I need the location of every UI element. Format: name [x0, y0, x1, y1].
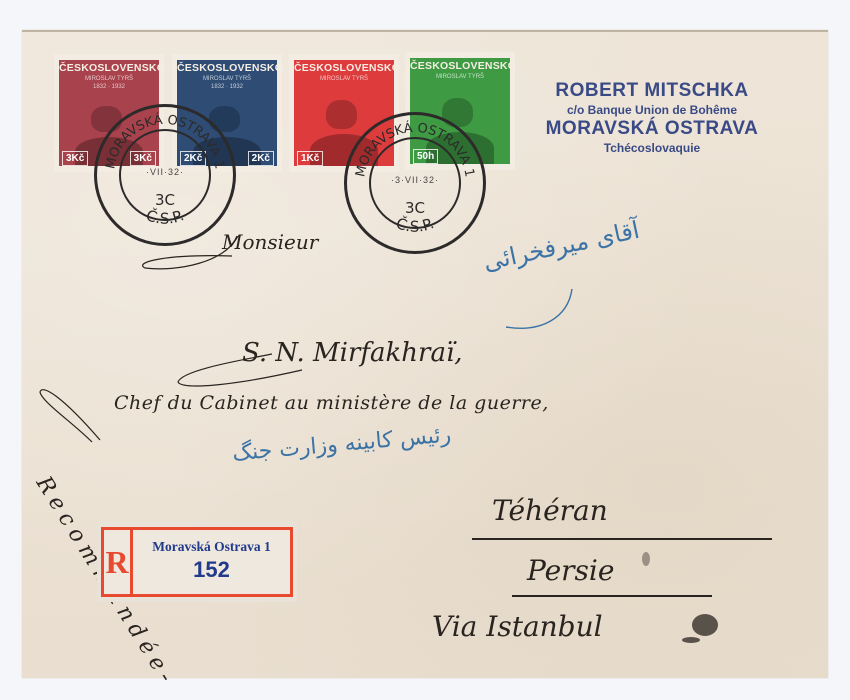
sender-country: Tchécoslovaquie [512, 141, 792, 155]
postmark: MORAVSKÁ OSTRAVA 1 Č.S.P. ·VII·32· 3C [94, 104, 236, 246]
persian-title: رئیس کابینه وزارت جنگ [231, 422, 452, 466]
stamp-subject: MIROSLAV TYRŠ [177, 75, 277, 83]
postmark: MORAVSKÁ OSTRAVA 1 Č.S.P. ·3·VII·32· 3C [344, 112, 486, 254]
sender-name: ROBERT MITSCHKA [512, 80, 792, 102]
registration-number: 152 [133, 557, 290, 583]
divider [472, 538, 772, 540]
stamp-country: ČESKOSLOVENSKO [177, 60, 277, 75]
addressee-route: Via Istanbul [432, 610, 603, 643]
stamp-value: 1Kč [297, 151, 323, 166]
stamp-country: ČESKOSLOVENSKO [59, 60, 159, 75]
ink-stain [642, 552, 650, 566]
stamp-subject: MIROSLAV TYRŠ [410, 73, 510, 81]
stamp-years: 1832 · 1932 [59, 83, 159, 91]
sender-care-of: c/o Banque Union de Bohême [512, 103, 792, 117]
postmark-code: 3C [97, 191, 233, 209]
stamp-subject: MIROSLAV TYRŠ [59, 75, 159, 83]
ink-stain [682, 637, 700, 643]
addressee-title: Chef du Cabinet au ministère de la guerr… [114, 392, 549, 414]
postmark-code: 3C [347, 199, 483, 217]
addressee-country: Persie [527, 554, 614, 587]
svg-text:MORAVSKÁ OSTRAVA 1: MORAVSKÁ OSTRAVA 1 [353, 120, 476, 178]
flourish-icon [172, 350, 312, 390]
registration-office: Moravská Ostrava 1 [133, 539, 290, 555]
stamp-subject: MIROSLAV TYRŠ [294, 75, 394, 83]
stamp-country: ČESKOSLOVENSKO [294, 60, 394, 75]
flourish-icon [137, 232, 247, 282]
divider [512, 595, 712, 597]
envelope: ČESKOSLOVENSKO MIROSLAV TYRŠ 1832 · 1932… [22, 30, 828, 678]
stamp-value: 2Kč [248, 151, 274, 166]
registration-letter: R [104, 530, 133, 594]
stamp-value: 3Kč [62, 151, 88, 166]
postmark-date: ·VII·32· [97, 167, 233, 177]
ink-stain [692, 614, 718, 636]
postmark-date: ·3·VII·32· [347, 175, 483, 185]
registration-label: R Moravská Ostrava 1 152 [97, 522, 297, 602]
sender-city: MORAVSKÁ OSTRAVA [512, 118, 792, 140]
stamp-country: ČESKOSLOVENSKO [410, 58, 510, 73]
flourish-icon [32, 382, 112, 452]
persian-name: آقای میرفخرائی [481, 216, 642, 276]
addressee-city: Téhéran [492, 494, 608, 527]
return-address: ROBERT MITSCHKA c/o Banque Union de Bohê… [512, 80, 792, 155]
svg-text:MORAVSKÁ OSTRAVA 1: MORAVSKÁ OSTRAVA 1 [103, 112, 226, 170]
stamp-years: 1832 · 1932 [177, 83, 277, 91]
flourish-icon [502, 287, 582, 337]
